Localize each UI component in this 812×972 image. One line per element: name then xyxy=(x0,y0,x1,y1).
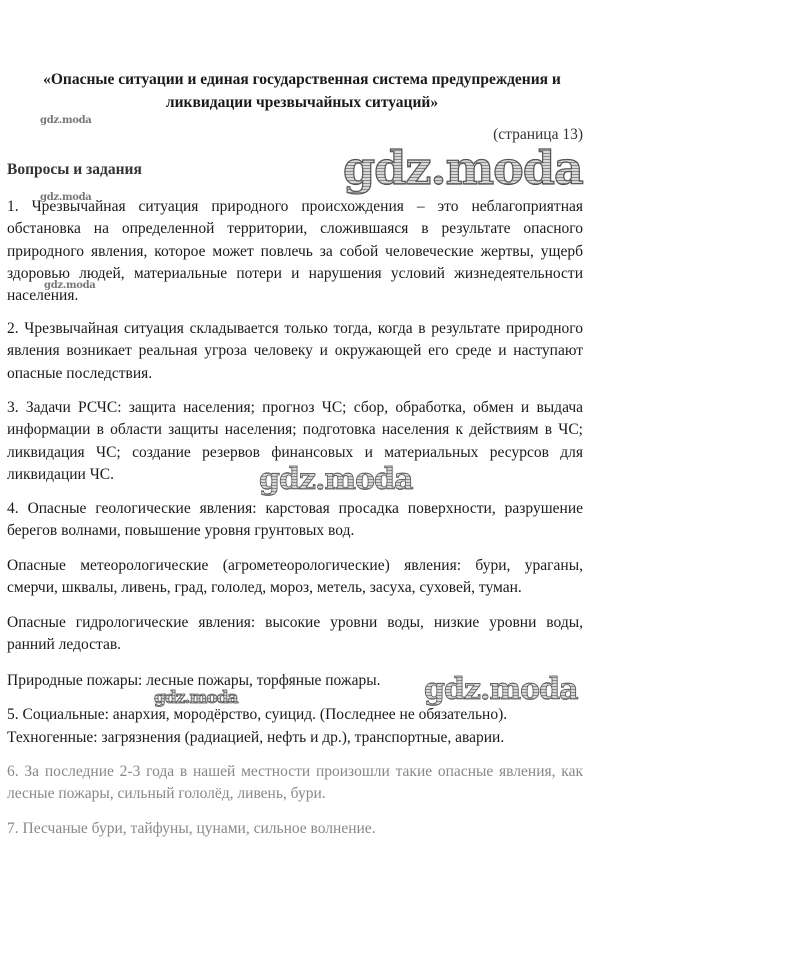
watermark-small: gdz.moda xyxy=(44,280,95,291)
answer-paragraph-2: 2. Чрезвычайная ситуация складывается то… xyxy=(7,318,583,385)
watermark-medium: gdz.moda xyxy=(424,672,578,708)
watermark-small: gdz.moda xyxy=(40,115,91,126)
document-title-line-2: ликвидации чрезвычайных ситуаций» xyxy=(7,91,597,115)
section-heading: Вопросы и задания xyxy=(7,161,142,179)
answer-paragraph-hydro: Опасные гидрологические явления: высокие… xyxy=(7,612,583,657)
document-title-line-1: «Опасные ситуации и единая государственн… xyxy=(7,68,597,92)
answer-paragraph-4: 4. Опасные геологические явления: карсто… xyxy=(7,498,583,543)
answer-paragraph-6: 6. За последние 2-3 года в нашей местнос… xyxy=(7,761,583,806)
watermark-large: gdz.moda xyxy=(343,140,583,196)
answer-paragraph-techno: Техногенные: загрязнения (радиацией, неф… xyxy=(7,727,583,749)
watermark-medium: gdz.moda xyxy=(259,462,413,498)
watermark-medium: gdz.moda xyxy=(154,688,238,708)
answer-paragraph-meteo: Опасные метеорологические (агрометеороло… xyxy=(7,555,583,600)
watermark-small: gdz.moda xyxy=(40,192,91,203)
answer-paragraph-7: 7. Песчаные бури, тайфуны, цунами, сильн… xyxy=(7,818,583,840)
